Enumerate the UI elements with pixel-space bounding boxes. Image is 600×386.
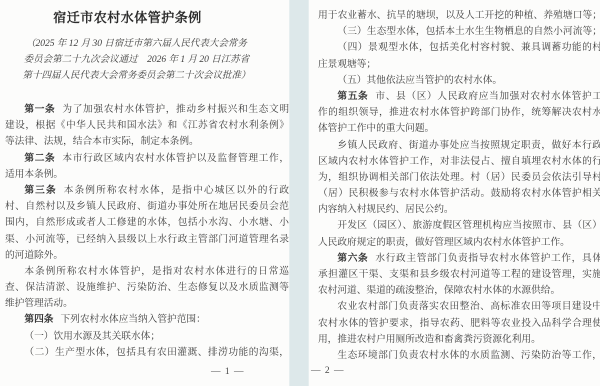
line-text: 本条例所称农村水体管护，是指对农村水体进行的日常巡 bbox=[24, 266, 289, 277]
line-text: 本条例所称农村水体，是指中心城区以外的行政 bbox=[64, 185, 289, 196]
body-line: 生态环境部门负责农村水体的水质监测、污染防治等工作， bbox=[318, 348, 600, 364]
body-line: 的河道除外。 bbox=[5, 248, 289, 264]
body-line: 村、自然村以及乡镇人民政府、街道办事处所在地居民委员会范 bbox=[5, 199, 289, 215]
page-gap bbox=[289, 0, 309, 386]
body-line: 第四条下列农村水体应当纳入管护范围： bbox=[5, 312, 289, 328]
body-line: 第六条水行政主管部门负责指导农村水体管护工作，具体 bbox=[318, 251, 600, 267]
body-line: 适用本条例。 bbox=[5, 167, 289, 183]
body-line: 维护管理活动。 bbox=[5, 296, 289, 312]
body-line: 第五条市、县（区）人民政府应当加强对农村水体管护工 bbox=[318, 89, 600, 105]
preamble-line: 第十四届人民代表大会常务委员会第二十次会议批准） bbox=[0, 68, 273, 84]
page-2-body: 用于农业蓄水、抗旱的塘坝，以及人工开挖的种植、养殖塘口等；（三）生态型水体，包括… bbox=[318, 8, 600, 364]
line-text: 适用本条例。 bbox=[5, 169, 63, 180]
page-1: 宿迁市农村水体管护条例 （2025 年 12 月 30 日宿迁市第六届人民代表大… bbox=[0, 0, 289, 386]
page-2: 用于农业蓄水、抗旱的塘坝，以及人工开挖的种植、养殖塘口等；（三）生态型水体，包括… bbox=[309, 0, 600, 386]
line-text: 市、县（区）人民政府应当加强对农村水体管护工 bbox=[375, 91, 600, 102]
article-number: 第二条 bbox=[24, 153, 55, 164]
line-text: 用，推进农村户用厕所改造和畜禽粪污资源化利用。 bbox=[318, 334, 541, 345]
document-spread: { "document": { "title": "宿迁市农村水体管护条例", … bbox=[0, 0, 600, 386]
page-number: — 2 — bbox=[311, 366, 345, 376]
line-text: 庄景观塘等； bbox=[318, 59, 376, 70]
line-text: 用于农业蓄水、抗旱的塘坝，以及人工开挖的种植、养殖塘口等； bbox=[318, 10, 600, 21]
article-number: 第六条 bbox=[337, 253, 368, 264]
body-line: 农村水体的管护要求，指导农药、肥料等农业投入品科学合理使 bbox=[318, 316, 600, 332]
body-line: 本条例所称农村水体管护，是指对农村水体进行的日常巡 bbox=[5, 264, 289, 280]
body-line: 承担灌区干渠、支渠和县乡级农村河道等工程的建设管理，实施 bbox=[318, 267, 600, 283]
body-line: 人民政府规定的职责，做好管理区域内农村水体管护工作。 bbox=[318, 235, 600, 251]
body-line: 内容纳入村规民约、居民公约。 bbox=[318, 202, 600, 218]
body-line: 围内，自然形成或者人工修建的水体，包括小水沟、小水塘、小 bbox=[5, 215, 289, 231]
line-text: 水行政主管部门负责指导农村水体管护工作，具体 bbox=[375, 253, 600, 264]
line-text: （三）生态型水体，包括本土水生生物栖息的自然小河流等； bbox=[337, 26, 600, 37]
line-text: （四）景观型水体，包括美化村容村貌、兼具调蓄功能的村 bbox=[337, 42, 600, 53]
body-line: （五）其他依法应当管护的农村水体。 bbox=[318, 73, 600, 89]
preamble-line: 委员会第二十九次会议通过 2026 年 1 月 20 日江苏省 bbox=[0, 52, 273, 68]
body-line: 区域内农村水体管护工作，对非法侵占、擅自填埋农村水体的行 bbox=[318, 154, 600, 170]
line-text: 体管护工作中的重大问题。 bbox=[318, 123, 434, 134]
line-text: 内容纳入村规民约、居民公约。 bbox=[318, 204, 454, 215]
line-text: 农业农村部门负责落实农田整治、高标准农田等项目建设中 bbox=[337, 301, 600, 312]
body-line: 乡镇人民政府、街道办事处应当按照规定职责，做好本行政 bbox=[318, 138, 600, 154]
preamble: （2025 年 12 月 30 日宿迁市第六届人民代表大会常务委员会第二十九次会… bbox=[0, 36, 273, 84]
document-title: 宿迁市农村水体管护条例 bbox=[0, 7, 255, 26]
page-number: — 1 — bbox=[211, 367, 245, 377]
line-text: 农村河道、渠道的疏浚整治，保障农村水体的水源供给。 bbox=[318, 285, 560, 296]
article-number: 第一条 bbox=[24, 104, 55, 115]
line-text: 乡镇人民政府、街道办事处应当按照规定职责，做好本行政 bbox=[337, 140, 600, 151]
body-line: 第二条本市行政区域内农村水体管护以及监督管理工作， bbox=[5, 151, 289, 167]
body-line: （居）民积极参与农村水体管护活动。鼓励将农村水体管护相关 bbox=[318, 186, 600, 202]
line-text: 的河道除外。 bbox=[5, 250, 63, 261]
line-text: 渠、小河流等，已经纳入县级以上水行政主管部门河道管理名录 bbox=[5, 234, 289, 245]
body-line: 庄景观塘等； bbox=[318, 57, 600, 73]
line-text: （五）其他依法应当管护的农村水体。 bbox=[337, 75, 502, 86]
body-line: 渠、小河流等，已经纳入县级以上水行政主管部门河道管理名录 bbox=[5, 232, 289, 248]
line-text: 本市行政区域内农村水体管护以及监督管理工作， bbox=[62, 153, 289, 164]
body-line: 农村河道、渠道的疏浚整治，保障农村水体的水源供给。 bbox=[318, 283, 600, 299]
body-line: 体管护工作中的重大问题。 bbox=[318, 121, 600, 137]
page-1-body: 第一条为了加强农村水体管护，推动乡村振兴和生态文明建设，根据《中华人民共和国水法… bbox=[5, 102, 289, 361]
line-text: 人民政府规定的职责，做好管理区域内农村水体管护工作。 bbox=[318, 237, 570, 248]
line-text: （居）民积极参与农村水体管护活动。鼓励将农村水体管护相关 bbox=[318, 188, 600, 199]
body-line: （四）景观型水体，包括美化村容村貌、兼具调蓄功能的村 bbox=[318, 40, 600, 56]
line-text: 为，组织协调相关部门依法处理。村（居）民委员会依法引导村 bbox=[318, 172, 600, 183]
line-text: 村、自然村以及乡镇人民政府、街道办事处所在地居民委员会范 bbox=[5, 201, 289, 212]
body-line: 第一条为了加强农村水体管护，推动乡村振兴和生态文明 bbox=[5, 102, 289, 118]
line-text: 查、保洁清淤、设施维护、污染防治、生态修复以及水质监测等 bbox=[5, 282, 289, 293]
body-line: 作的组织领导，推进农村水体管护跨部门协作，统筹解决农村水 bbox=[318, 105, 600, 121]
line-text: （一）饮用水源及其关联水体； bbox=[24, 331, 160, 342]
line-text: 等法律、法规，结合本市实际，制定本条例。 bbox=[5, 136, 199, 147]
line-text: 农村水体的管护要求，指导农药、肥料等农业投入品科学合理使 bbox=[318, 318, 600, 329]
body-line: 用，推进农村户用厕所改造和畜禽粪污资源化利用。 bbox=[318, 332, 600, 348]
body-line: 等法律、法规，结合本市实际，制定本条例。 bbox=[5, 134, 289, 150]
line-text: 维护管理活动。 bbox=[5, 298, 73, 309]
article-number: 第五条 bbox=[337, 91, 368, 102]
line-text: （二）生产型水体，包括具有农田灌溉、排涝功能的沟渠， bbox=[24, 347, 289, 358]
line-text: 开发区（园区）、旅游度假区管理机构应当按照市、县（区） bbox=[337, 220, 600, 231]
body-line: 用于农业蓄水、抗旱的塘坝，以及人工开挖的种植、养殖塘口等； bbox=[318, 8, 600, 24]
line-text: 下列农村水体应当纳入管护范围： bbox=[60, 314, 205, 325]
line-text: 为了加强农村水体管护，推动乡村振兴和生态文明 bbox=[62, 104, 289, 115]
line-text: 承担灌区干渠、支渠和县乡级农村河道等工程的建设管理，实施 bbox=[318, 269, 600, 280]
article-number: 第四条 bbox=[24, 314, 53, 325]
line-text: 建设，根据《中华人民共和国水法》和《江苏省农村水利条例》 bbox=[5, 120, 289, 131]
article-number: 第三条 bbox=[24, 185, 56, 196]
preamble-line: （2025 年 12 月 30 日宿迁市第六届人民代表大会常务 bbox=[0, 36, 273, 52]
body-line: 建设，根据《中华人民共和国水法》和《江苏省农村水利条例》 bbox=[5, 118, 289, 134]
body-line: （三）生态型水体，包括本土水生生物栖息的自然小河流等； bbox=[318, 24, 600, 40]
body-line: 农业农村部门负责落实农田整治、高标准农田等项目建设中 bbox=[318, 299, 600, 315]
body-line: 开发区（园区）、旅游度假区管理机构应当按照市、县（区） bbox=[318, 218, 600, 234]
line-text: 作的组织领导，推进农村水体管护跨部门协作，统筹解决农村水 bbox=[318, 107, 600, 118]
body-line: 第三条本条例所称农村水体，是指中心城区以外的行政 bbox=[5, 183, 289, 199]
body-line: 为，组织协调相关部门依法处理。村（居）民委员会依法引导村 bbox=[318, 170, 600, 186]
line-text: 围内，自然形成或者人工修建的水体，包括小水沟、小水塘、小 bbox=[5, 217, 289, 228]
line-text: 生态环境部门负责农村水体的水质监测、污染防治等工作， bbox=[337, 350, 600, 361]
line-text: 区域内农村水体管护工作，对非法侵占、擅自填埋农村水体的行 bbox=[318, 156, 600, 167]
body-line: （二）生产型水体，包括具有农田灌溉、排涝功能的沟渠， bbox=[5, 345, 289, 361]
body-line: 查、保洁清淤、设施维护、污染防治、生态修复以及水质监测等 bbox=[5, 280, 289, 296]
body-line: （一）饮用水源及其关联水体； bbox=[5, 329, 289, 345]
